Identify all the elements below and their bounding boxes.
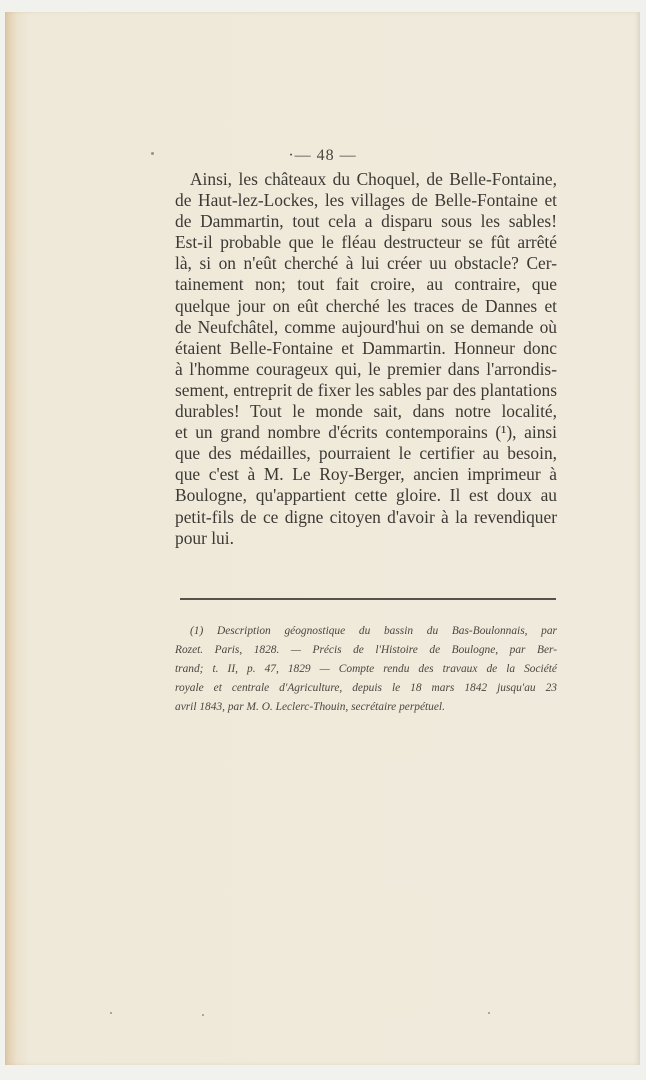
ink-speck	[202, 1014, 204, 1016]
text-line: et un grand nombre d'écrits contemporain…	[175, 422, 557, 443]
text-line: sement, entreprit de fixer les sables pa…	[175, 380, 557, 401]
body-paragraph: Ainsi, les châteaux du Choquel, de Belle…	[175, 169, 557, 549]
page-number: ·— 48 —	[5, 147, 640, 165]
text-line: petit-fils de ce digne citoyen d'avoir à…	[175, 507, 557, 528]
footnote: (1) Description géognostique du bassin d…	[175, 622, 557, 717]
text-line: durables! Tout le monde sait, dans notre…	[175, 401, 557, 422]
footnote-line: avril 1843, par M. O. Leclerc-Thouin, se…	[175, 698, 557, 717]
text-line: pour lui.	[175, 528, 557, 549]
text-line: Est-il probable que le fléau destructeur…	[175, 232, 557, 253]
text-line: que des médailles, pourraient le certifi…	[175, 443, 557, 464]
footnote-line: royale et centrale d'Agriculture, depuis…	[175, 679, 557, 698]
text-line: quelque jour on eût cherché les traces d…	[175, 296, 557, 317]
footnote-line: trand; t. II, p. 47, 1829 — Compte rendu…	[175, 660, 557, 679]
text-line: tainement non; tout fait croire, au cont…	[175, 274, 557, 295]
ink-speck	[110, 1012, 112, 1014]
text-line: Boulogne, qu'appartient cette gloire. Il…	[175, 485, 557, 506]
footnote-line: (1) Description géognostique du bassin d…	[175, 622, 557, 641]
text-line: de Haut-lez-Lockes, les villages de Bell…	[175, 190, 557, 211]
text-line: à l'homme courageux qui, le premier dans…	[175, 359, 557, 380]
text-line: que c'est à M. Le Roy-Berger, ancien imp…	[175, 464, 557, 485]
text-line: de Neufchâtel, comme aujourd'hui on se d…	[175, 317, 557, 338]
footnote-line: Rozet. Paris, 1828. — Précis de l'Histoi…	[175, 641, 557, 660]
book-page: ·— 48 — Ainsi, les châteaux du Choquel, …	[5, 12, 640, 1065]
ink-speck	[488, 1012, 490, 1014]
footnote-separator-rule	[180, 598, 556, 600]
text-line: Ainsi, les châteaux du Choquel, de Belle…	[175, 169, 557, 190]
text-line: là, si on n'eût cherché à lui créer uu o…	[175, 253, 557, 274]
text-line: étaient Belle-Fontaine et Dammartin. Hon…	[175, 338, 557, 359]
text-line: de Dammartin, tout cela a disparu sous l…	[175, 211, 557, 232]
